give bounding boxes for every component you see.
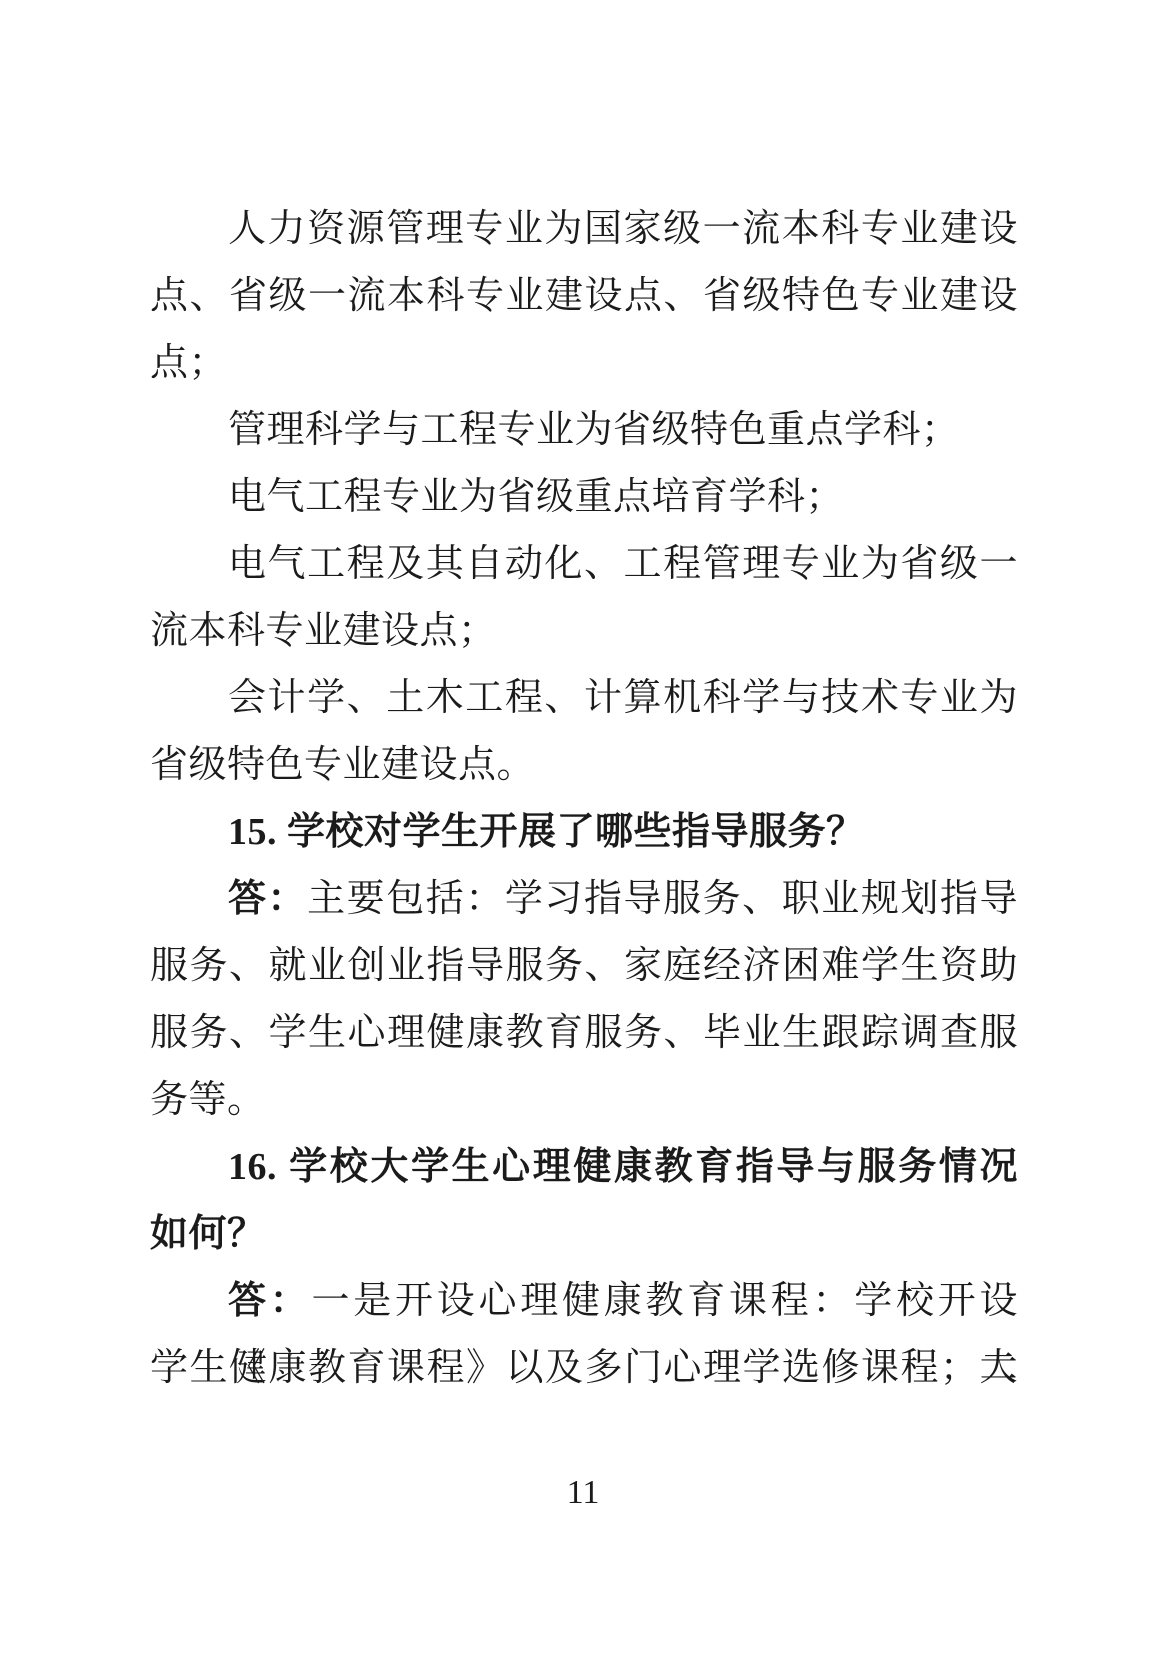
answer-text: 主要包括：学习指导服务、职业规划指导 <box>307 878 1018 920</box>
paragraph-electrical-discipline: 电气工程专业为省级重点培育学科； <box>150 464 1018 531</box>
text-line: 服务、就业创业指导服务、家庭经济困难学生资助 <box>150 933 1018 1000</box>
paragraph-accounting-civil-cs: 会计学、土木工程、计算机科学与技术专业为 省级特色专业建设点。 <box>150 665 1018 799</box>
answer-15: 答：主要包括：学习指导服务、职业规划指导 服务、就业创业指导服务、家庭经济困难学… <box>150 866 1018 1134</box>
page-number: 11 <box>0 1472 1166 1514</box>
text-line: 务等。 <box>150 1067 1018 1134</box>
question-16: 16. 学校大学生心理健康教育指导与服务情况 如何？ <box>150 1134 1018 1268</box>
answer-prefix: 答： <box>228 1280 312 1322</box>
paragraph-hr-major: 人力资源管理专业为国家级一流本科专业建设 点、省级一流本科专业建设点、省级特色专… <box>150 196 1018 397</box>
text-line: 电气工程及其自动化、工程管理专业为省级一 <box>150 531 1018 598</box>
question-heading: 如何？ <box>150 1201 1018 1268</box>
document-body: 人力资源管理专业为国家级一流本科专业建设 点、省级一流本科专业建设点、省级特色专… <box>150 196 1018 1402</box>
paragraph-electrical-automation: 电气工程及其自动化、工程管理专业为省级一 流本科专业建设点； <box>150 531 1018 665</box>
question-heading: 16. 学校大学生心理健康教育指导与服务情况 <box>150 1134 1018 1201</box>
document-page: 人力资源管理专业为国家级一流本科专业建设 点、省级一流本科专业建设点、省级特色专… <box>0 0 1166 1654</box>
text-line: 人力资源管理专业为国家级一流本科专业建设 <box>150 196 1018 263</box>
text-line: 点、省级一流本科专业建设点、省级特色专业建设 <box>150 263 1018 330</box>
text-line: 点； <box>150 330 1018 397</box>
text-line: 流本科专业建设点； <box>150 598 1018 665</box>
text-line: 答：主要包括：学习指导服务、职业规划指导 <box>150 866 1018 933</box>
answer-prefix: 答： <box>228 878 307 920</box>
text-line: 服务、学生心理健康教育服务、毕业生跟踪调查服 <box>150 1000 1018 1067</box>
text-line: 学生健康教育课程》以及多门心理学选修课程；二 <box>150 1335 1018 1402</box>
text-line: 答：一是开设心理健康教育课程：学校开设《大 <box>150 1268 1018 1335</box>
text-line: 省级特色专业建设点。 <box>150 732 1018 799</box>
text-line: 会计学、土木工程、计算机科学与技术专业为 <box>150 665 1018 732</box>
text-line: 电气工程专业为省级重点培育学科； <box>150 464 1018 531</box>
question-15: 15. 学校对学生开展了哪些指导服务？ <box>150 799 1018 866</box>
answer-16: 答：一是开设心理健康教育课程：学校开设《大 学生健康教育课程》以及多门心理学选修… <box>150 1268 1018 1402</box>
question-heading: 15. 学校对学生开展了哪些指导服务？ <box>150 799 1018 866</box>
text-line: 管理科学与工程专业为省级特色重点学科； <box>150 397 1018 464</box>
paragraph-management-science: 管理科学与工程专业为省级特色重点学科； <box>150 397 1018 464</box>
